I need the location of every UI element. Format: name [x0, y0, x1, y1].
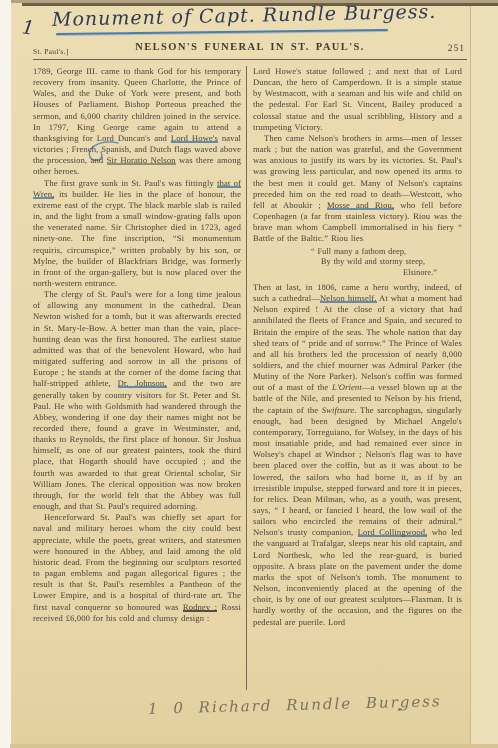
left-column: 1789, George III. came to thank God for …: [33, 66, 246, 690]
text-run: and the two are generally taken by count…: [33, 378, 241, 511]
page-bottom-edge: [10, 744, 498, 748]
poem-line: Elsinore.”: [403, 268, 462, 279]
scan-left-margin: [0, 0, 11, 748]
right-column: Lord Howe's statue followed ; and next t…: [247, 66, 462, 690]
scanned-page: Monument of Capt. Rundle Burgess. 1 St. …: [0, 0, 498, 748]
annotated-phrase: Mosse and Riou,: [327, 200, 394, 210]
paragraph: 1789, George III. came to thank God for …: [33, 66, 241, 178]
text-run: The sarcophagus, singularly enough, had …: [253, 405, 462, 538]
page-title: NELSON'S FUNERAL IN ST. PAUL'S.: [33, 42, 467, 53]
page-right-edge: [470, 6, 498, 748]
text-run: its builder. He lies in the place of hon…: [33, 189, 241, 288]
poem-line: By thy wild and stormy steep,: [321, 257, 462, 268]
annotated-phrase: Swiftsure.: [322, 405, 357, 415]
annotated-phrase: L'Orient: [332, 382, 362, 392]
paragraph: Then at last, in 1806, came a hero worth…: [253, 282, 462, 628]
annotated-phrase: Sir Horatio Nelson: [107, 155, 176, 165]
page-number: 251: [448, 44, 465, 54]
text-run: At what a moment had Nelson expired ! At…: [253, 293, 462, 392]
text-run: The clergy of St. Paul's were for a long…: [33, 289, 241, 388]
annotated-phrase: Lord Howe's: [171, 133, 218, 143]
annotated-phrase: Dr. Johnson,: [118, 378, 167, 388]
paragraph: The first grave sunk in St. Paul's was f…: [33, 178, 241, 290]
annotated-phrase: Nelson himself.: [320, 293, 377, 303]
text-run: Then came Nelson's brothers in arms—men …: [253, 133, 462, 210]
text-columns: 1789, George III. came to thank God for …: [33, 66, 467, 690]
text-run: who led the vanguard at Trafalgar, sleep…: [253, 527, 462, 626]
text-run: Henceforward St. Paul's was chiefly set …: [33, 512, 241, 611]
annotated-phrase: Lord Collingwood,: [358, 527, 428, 537]
pencil-dot: [398, 708, 401, 711]
running-header: St. Paul's.] NELSON'S FUNERAL IN ST. PAU…: [33, 42, 467, 58]
annotated-phrase: Rodney ;: [183, 602, 217, 612]
header-rule: [33, 59, 467, 60]
paragraph: Lord Howe's statue followed ; and next t…: [253, 66, 462, 133]
poem-quote: “ Full many a fathom deep,By thy wild an…: [253, 247, 462, 279]
text-run: Lord Howe's statue followed ; and next t…: [253, 66, 462, 132]
text-run: The first grave sunk in St. Paul's was f…: [44, 178, 217, 188]
text-run: 1789, George III. came to thank God for …: [33, 66, 241, 143]
paragraph: Then came Nelson's brothers in arms—men …: [253, 133, 462, 245]
paragraph: The clergy of St. Paul's were for a long…: [33, 289, 241, 512]
poem-line: “ Full many a fathom deep,: [311, 247, 462, 258]
paragraph: Henceforward St. Paul's was chiefly set …: [33, 512, 241, 624]
